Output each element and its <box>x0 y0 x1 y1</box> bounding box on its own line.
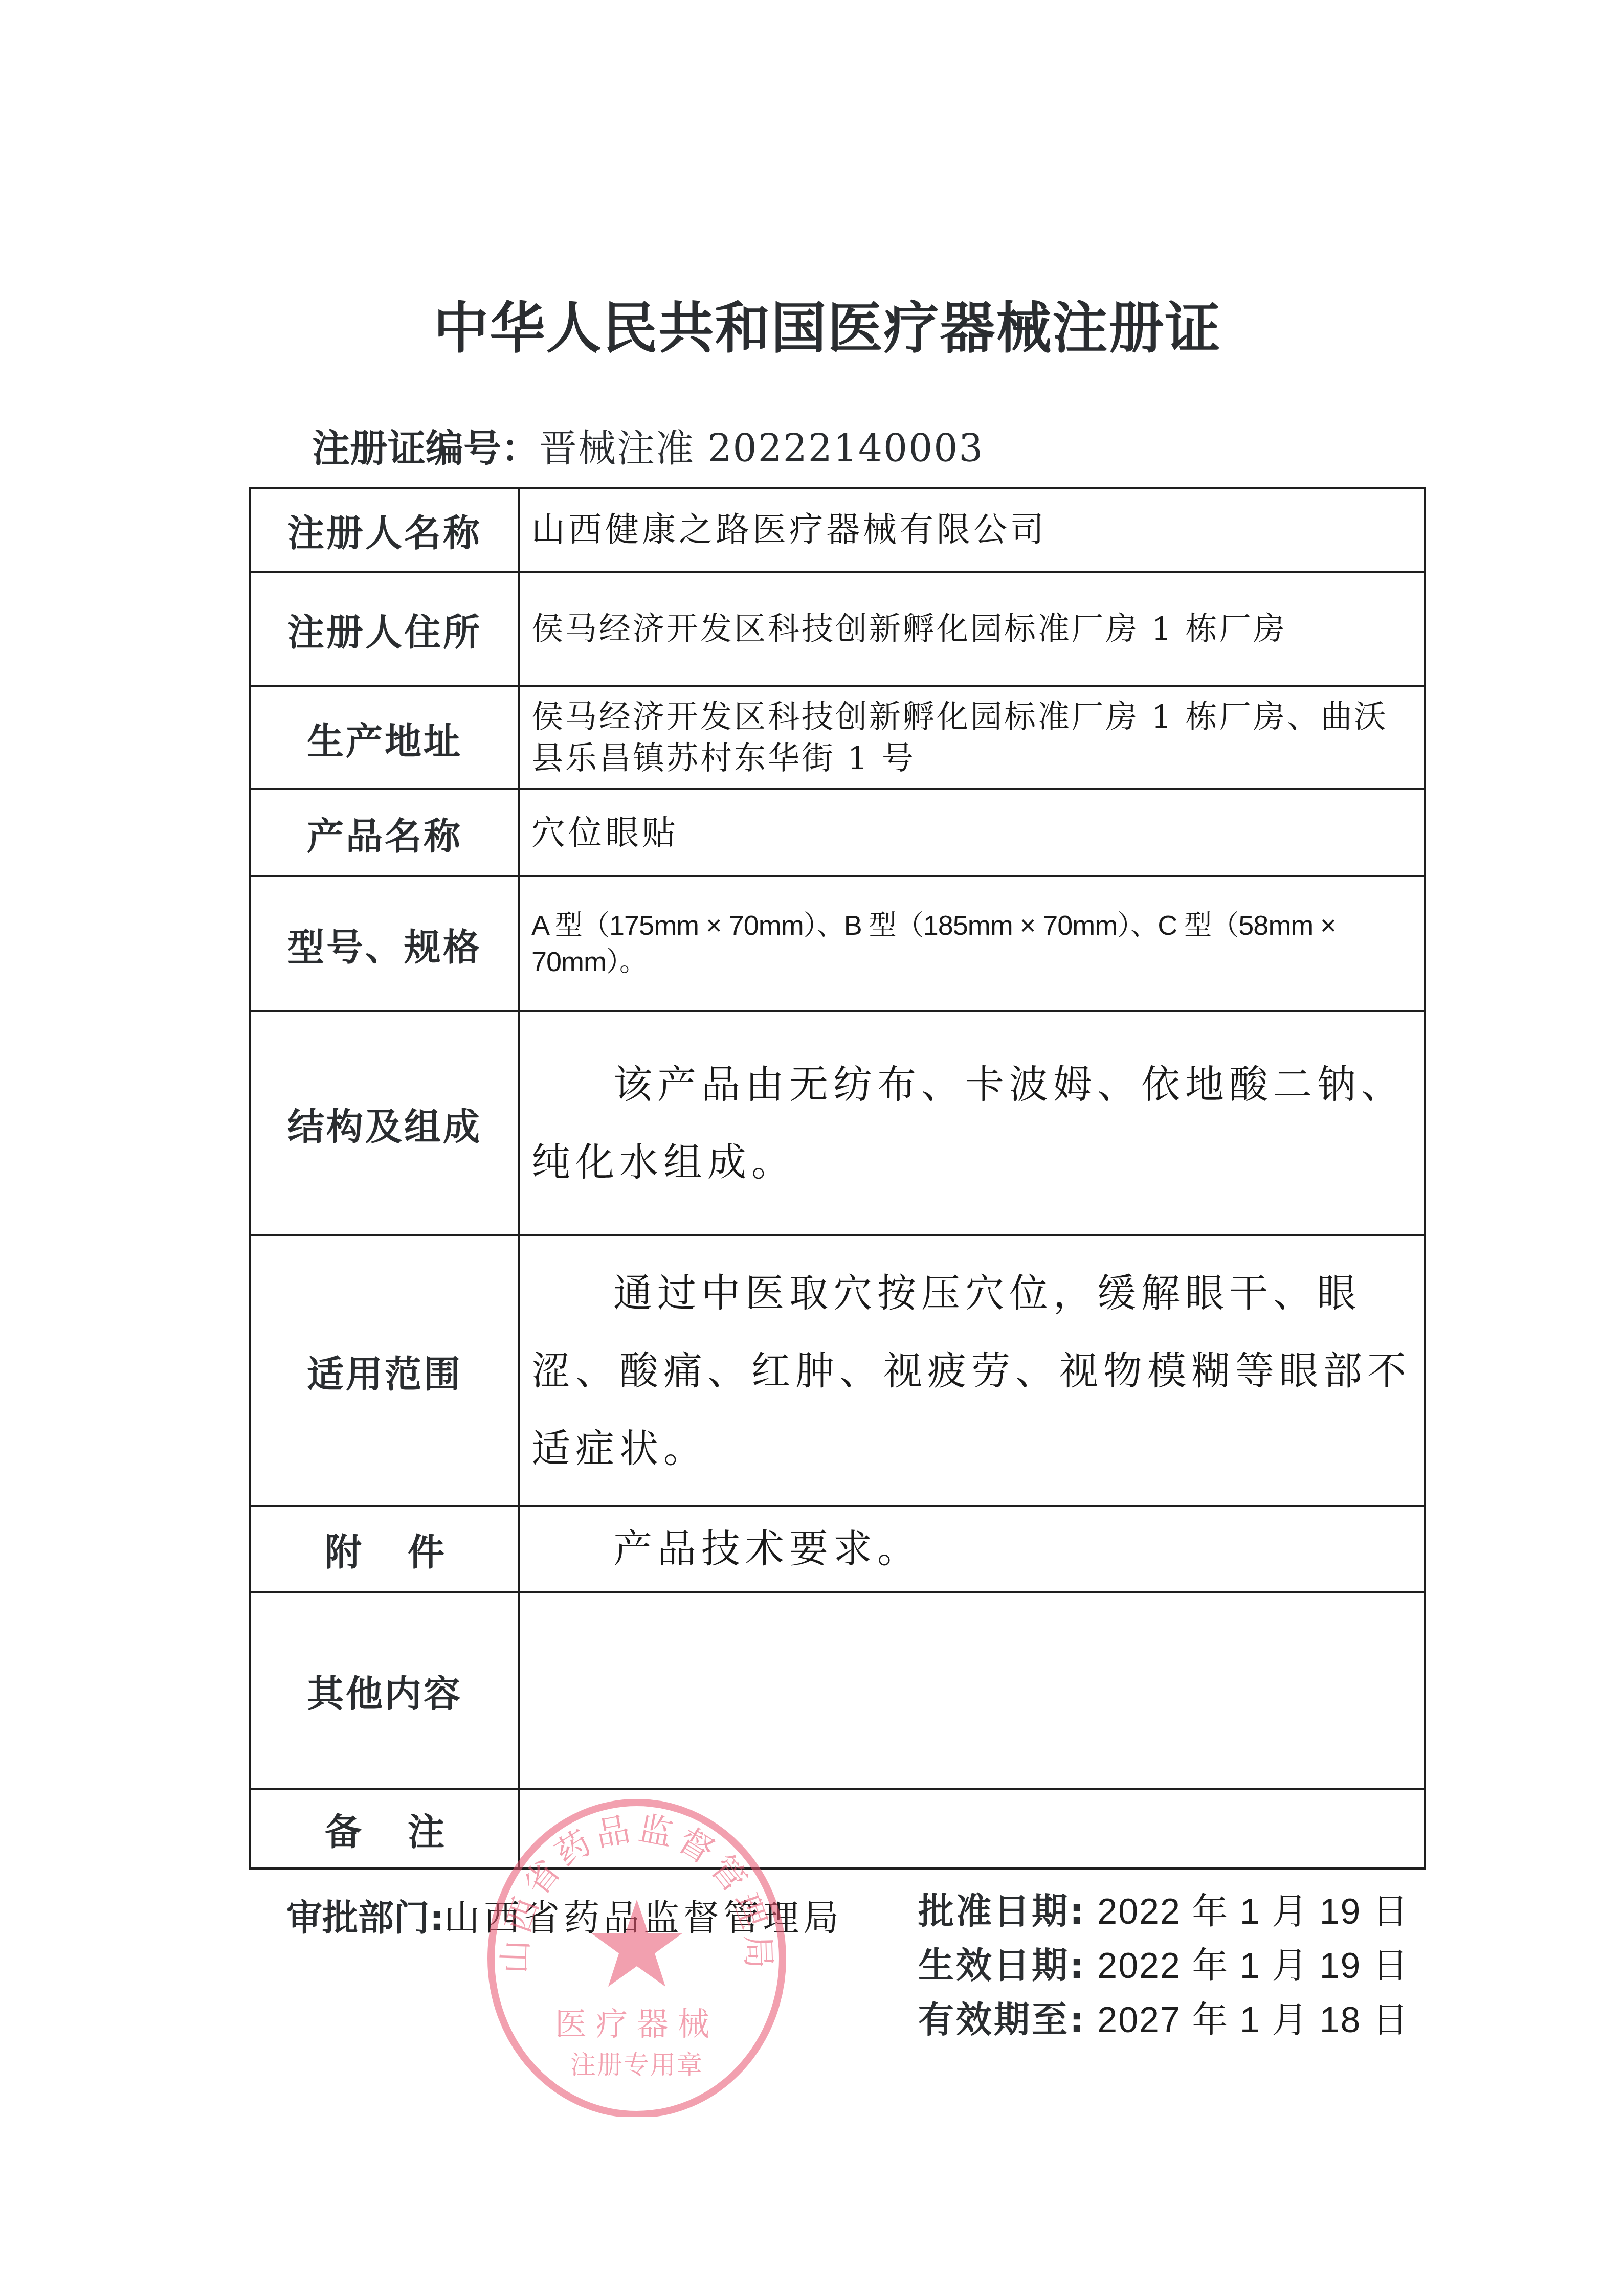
row-value-production-address: 侯马经济开发区科技创新孵化园标准厂房 1 栋厂房、曲沃县乐昌镇苏村东华街 1 号 <box>520 687 1424 788</box>
registration-number: 注册证编号：晋械注准 20222140003 <box>312 418 984 472</box>
row-value-model-spec: A 型（175mm × 70mm）、B 型（185mm × 70mm）、C 型（… <box>520 877 1424 1010</box>
table-row: 生产地址 侯马经济开发区科技创新孵化园标准厂房 1 栋厂房、曲沃县乐昌镇苏村东华… <box>251 685 1424 788</box>
row-value-registrant-name: 山西健康之路医疗器械有限公司 <box>520 489 1424 571</box>
table-row: 附件 产品技术要求。 <box>251 1505 1424 1591</box>
registration-number-value: 晋械注准 20222140003 <box>539 426 984 470</box>
expiry-date-label: 有效期至: <box>918 1999 1086 2041</box>
row-value-registrant-address: 侯马经济开发区科技创新孵化园标准厂房 1 栋厂房 <box>520 573 1424 685</box>
row-label-production-address: 生产地址 <box>251 687 520 788</box>
stamp-center-text: 医疗器械 <box>555 2006 719 2043</box>
effective-date-label: 生效日期: <box>918 1945 1086 1987</box>
registration-number-label: 注册证编号： <box>312 426 539 470</box>
approval-department-label: 审批部门: <box>286 1897 444 1939</box>
row-value-structure: 该产品由无纺布、卡波姆、依地酸二钠、纯化水组成。 <box>531 1046 1413 1201</box>
row-value-scope: 通过中医取穴按压穴位，缓解眼干、眼涩、酸痛、红肿、视疲劳、视物模糊等眼部不适症状… <box>531 1254 1413 1488</box>
effective-date: 生效日期: 2022 年 1 月 19 日 <box>918 1939 1409 1993</box>
row-value-attachment: 产品技术要求。 <box>520 1507 1424 1591</box>
date-block: 批准日期: 2022 年 1 月 19 日 生效日期: 2022 年 1 月 1… <box>918 1884 1409 2047</box>
table-row: 适用范围 通过中医取穴按压穴位，缓解眼干、眼涩、酸痛、红肿、视疲劳、视物模糊等眼… <box>251 1234 1424 1505</box>
row-label-scope: 适用范围 <box>251 1236 520 1505</box>
table-row: 型号、规格 A 型（175mm × 70mm）、B 型（185mm × 70mm… <box>251 875 1424 1010</box>
expiry-date: 有效期至: 2027 年 1 月 18 日 <box>918 1993 1409 2047</box>
approval-department-value: 山西省药品监督管理局 <box>444 1897 843 1939</box>
table-row: 其他内容 <box>251 1591 1424 1788</box>
table-row: 备注 <box>251 1788 1424 1867</box>
row-label-structure: 结构及组成 <box>251 1012 520 1234</box>
approval-date-label: 批准日期: <box>918 1890 1086 1932</box>
certificate-title: 中华人民共和国医疗器械注册证 <box>0 284 1624 363</box>
table-row: 结构及组成 该产品由无纺布、卡波姆、依地酸二钠、纯化水组成。 <box>251 1010 1424 1234</box>
row-value-other-content <box>520 1593 1424 1788</box>
row-label-model-spec: 型号、规格 <box>251 877 520 1010</box>
approval-date: 批准日期: 2022 年 1 月 19 日 <box>918 1884 1409 1939</box>
row-label-product-name: 产品名称 <box>251 790 520 875</box>
approval-department: 审批部门:山西省药品监督管理局 <box>286 1889 843 1941</box>
table-row: 注册人名称 山西健康之路医疗器械有限公司 <box>251 489 1424 571</box>
row-label-registrant-name: 注册人名称 <box>251 489 520 571</box>
approval-date-value: 2022 年 1 月 19 日 <box>1097 1892 1409 1931</box>
row-label-remarks: 备注 <box>251 1790 520 1867</box>
table-row: 注册人住所 侯马经济开发区科技创新孵化园标准厂房 1 栋厂房 <box>251 571 1424 685</box>
expiry-date-value: 2027 年 1 月 18 日 <box>1097 2000 1409 2040</box>
row-value-remarks <box>520 1790 1424 1867</box>
effective-date-value: 2022 年 1 月 19 日 <box>1097 1946 1409 1986</box>
row-label-other-content: 其他内容 <box>251 1593 520 1788</box>
row-value-product-name: 穴位眼贴 <box>520 790 1424 875</box>
row-label-attachment: 附件 <box>251 1507 520 1591</box>
stamp-bottom-text: 注册专用章 <box>570 2050 703 2080</box>
table-row: 产品名称 穴位眼贴 <box>251 788 1424 875</box>
certificate-table: 注册人名称 山西健康之路医疗器械有限公司 注册人住所 侯马经济开发区科技创新孵化… <box>249 487 1426 1870</box>
row-label-registrant-address: 注册人住所 <box>251 573 520 685</box>
